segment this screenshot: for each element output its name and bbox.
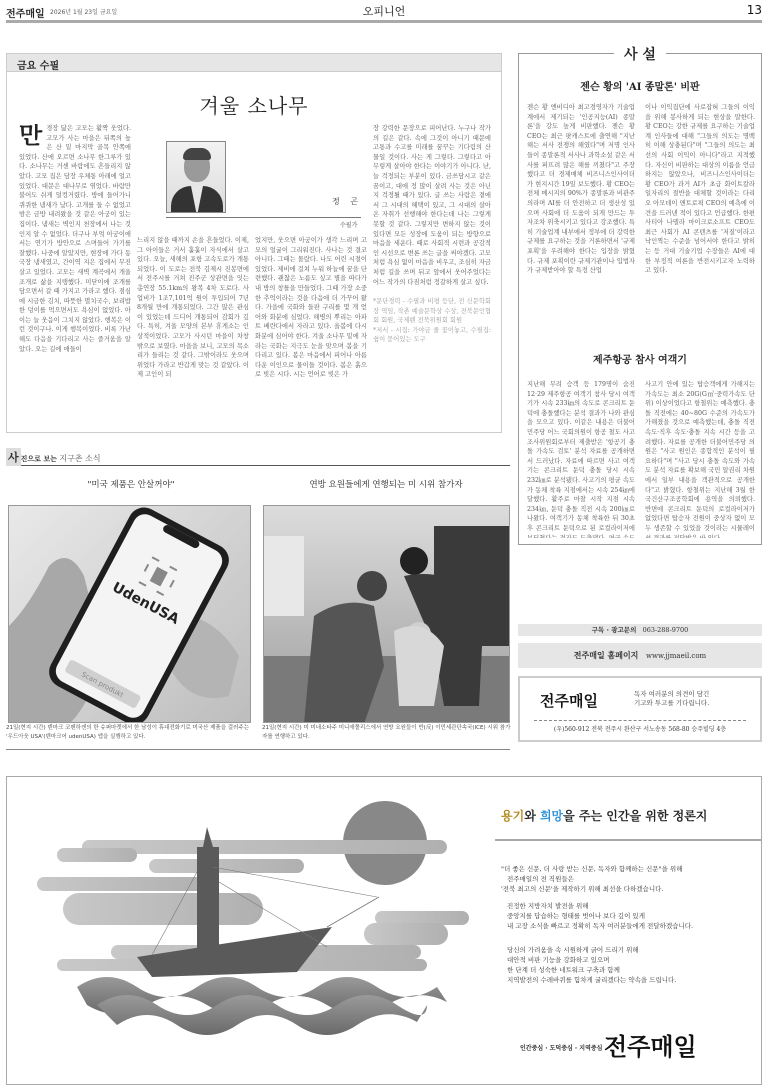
editorial-box: 사 설 젠슨 황의 'AI 종말론' 비판 젠슨 황 엔비디아 최고경영자가 기… (518, 53, 762, 545)
arrest-scene-image (264, 506, 510, 723)
photo-udenusa-app: UdenUSA Scan produkt (8, 505, 251, 723)
photo-2-title: 연방 요원들에게 연행되는 미 시위 참가자 (262, 478, 510, 490)
editorial-1-column-2: 이나 이익집단에 사로잡혀 그들의 이익을 위해 봉사하게 되는 현상을 말한다… (645, 103, 755, 278)
reader-submission-box: 전주매일 독자 여러분의 의견이 담긴 기고와 투고를 기다립니다. (우)56… (518, 676, 762, 742)
editorial-1-column-1: 젠슨 황 엔비디아 최고경영자가 기술업계에서 제기되는 '인공지능(AI) 종… (527, 103, 635, 278)
essay-kicker: 금요 수필 (7, 54, 501, 72)
postal-address: (우)560-912 전북 전주시 완산구 서노송동 568-80 승주빌딩 4… (520, 724, 760, 733)
essay-title: 겨울 소나무 (7, 90, 501, 119)
photo-news-header: 사진으로 보는 지구촌 소식 (6, 448, 510, 466)
ad-headline: 용기와 희망을 주는 인간을 위한 정론지 (501, 807, 707, 824)
essay-text: 경장 닮은 고모는 활짝 웃었다. 고모가 사는 마을은 뒤쪽의 높은 산 밑 … (19, 125, 131, 353)
photo-protest-arrest (263, 505, 510, 723)
photo-1-title: "미국 제품은 안살꺼야" (6, 478, 256, 490)
editorial-2-column-1: 지난해 무려 승객 등 179명이 숨진 12·29 제주항공 여객기 참사 당… (527, 380, 635, 538)
photo-1-caption: 21일(현지 시간) 덴마크 코펜하겐의 한 슈퍼마켓에서 한 남성이 휴대전화… (6, 724, 256, 742)
reader-box-logo: 전주매일 (540, 690, 598, 711)
ad-paragraph-3: 당신의 가려움을 속 시원하게 긁어 드리기 위해 대안적 비판 기능을 강화하… (501, 945, 676, 985)
essay-column-1: 만 경장 닮은 고모는 활짝 웃었다. 고모가 사는 마을은 뒤쪽의 높은 산 … (19, 124, 131, 424)
ship-illustration (7, 777, 495, 1084)
author-photo (166, 141, 226, 213)
divider (6, 749, 510, 750)
photo-2-caption: 21일(현지 시간) 미 미네소타주 미니애폴리스에서 연방 요원들이 반(反)… (262, 724, 512, 742)
subscription-label: 구독 · 광고문의 (592, 626, 637, 634)
editorial-title-2: 제주항공 참사 여객기 (519, 351, 761, 366)
author-name: 정 곤 (332, 196, 362, 207)
homepage-label: 전주매일 홈페이지 (574, 651, 639, 660)
author-notes: *문단경력 - 수필과 비평 등단, 전 신문학회장 역임, 작촌 예술문학상 … (373, 297, 491, 345)
editorial-2-column-2: 사고기 안에 있는 탑승객에게 가해지는 가속도는 최소 20G(G㎥·중력가속… (645, 380, 755, 538)
essay-article: 금요 수필 겨울 소나무 만 경장 닮은 고모는 활짝 웃었다. 고모가 사는 … (6, 53, 502, 433)
essay-text: 장 강력한 문장으로 피어난다. 누구나 작가의 길은 같다. 속에 그것이 아… (373, 125, 491, 286)
ad-logo: 전주매일 (604, 1027, 697, 1062)
masthead: 전주매일 2026년 1월 23일 금요일 오피니언 13 (6, 3, 762, 23)
author-works: *저서 - 시집: 가야금 줄 꽃이놓고, 수필집: 쉼이 묻어있는 도구 (373, 326, 491, 345)
house-advertisement: 용기와 희망을 주는 인간을 위한 정론지 "더 좋은 신문, 더 사랑 받는 … (6, 776, 762, 1085)
editorial-title-1: 젠슨 황의 'AI 종말론' 비판 (519, 78, 761, 93)
ad-paragraph-2: 진정한 지방자치 발전을 위해 중앙지를 답습하는 형태를 벗어나 보다 깊이 … (501, 901, 693, 931)
subscription-strip: 구독 · 광고문의 063-288-9700 (518, 624, 762, 636)
divider (166, 217, 361, 218)
page-number: 13 (747, 3, 762, 17)
essay-column-3: 었지만, 웃으면 아궁이가 생각 느리며 고모의 얼굴이 그리워진다. 사나는 … (255, 236, 367, 424)
section-title: 오피니언 (6, 3, 762, 19)
essay-column-2: 느리지 않을 때까지 손을 흔들었다. 이제, 그 아이들은 거서 훌훌이 자식… (137, 236, 249, 424)
author-role: 수필가 (340, 220, 357, 229)
reader-box-message: 독자 여러분의 의견이 담긴 기고와 투고를 기다립니다. (634, 690, 709, 708)
drop-cap: 만 (19, 124, 42, 146)
ad-motto: 인간중심 · 도덕중심 · 지역중심 (520, 1043, 602, 1052)
essay-column-4: 장 강력한 문장으로 피어난다. 누구나 작가의 길은 같다. 속에 그것이 아… (373, 124, 491, 424)
ad-paragraph-1: "더 좋은 신문, 더 사랑 받는 신문, 독자와 함께하는 신문"을 위해 전… (501, 864, 682, 894)
divider (495, 839, 761, 841)
divider (534, 720, 746, 721)
homepage-link[interactable]: www.jjmaeil.com (646, 652, 706, 660)
homepage-strip: 전주매일 홈페이지 www.jjmaeil.com (518, 643, 762, 668)
phone-in-hand-image: UdenUSA Scan produkt (9, 506, 251, 723)
subscription-phone: 063-288-9700 (643, 626, 689, 634)
author-career: *문단경력 - 수필과 비평 등단, 전 신문학회장 역임, 작촌 예술문학상 … (373, 297, 491, 326)
editorial-label: 사 설 (519, 44, 761, 64)
